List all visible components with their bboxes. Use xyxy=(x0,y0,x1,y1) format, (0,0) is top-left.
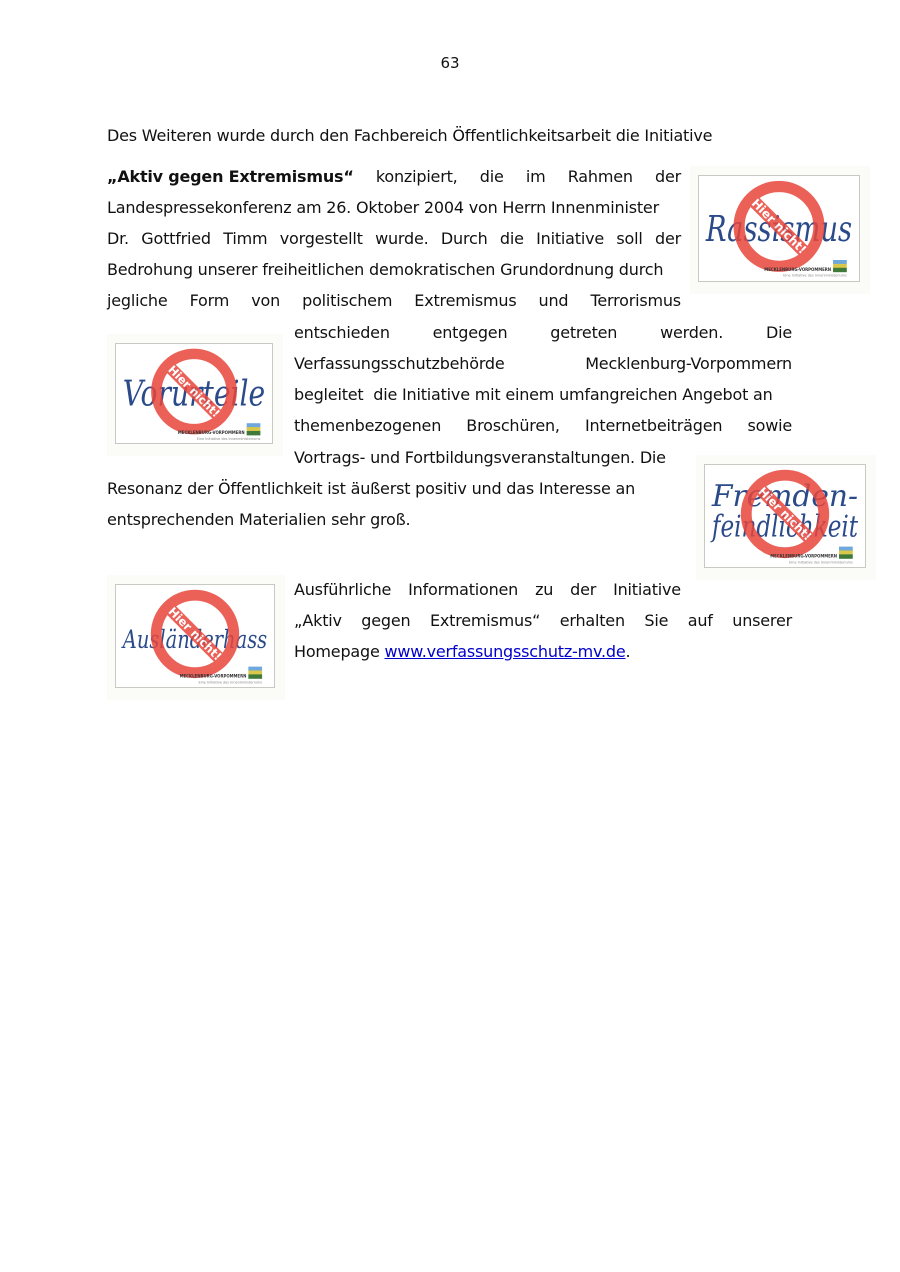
poster-fremdenfeindlichkeit: Fremden-feindlichkeitHier nicht!MECKLENB… xyxy=(696,455,876,580)
mv-logo-icon xyxy=(247,423,261,435)
page-number: 63 xyxy=(0,54,900,72)
poster-frame: VorurteileHier nicht!MECKLENBURG-VORPOMM… xyxy=(115,343,273,444)
svg-text:MECKLENBURG-VORPOMMERN: MECKLENBURG-VORPOMMERN xyxy=(180,673,247,678)
paragraph-line: Vortrags- und Fortbildungsveranstaltunge… xyxy=(294,448,666,468)
paragraph-line: Dr. Gottfried Timm vorgestellt wurde. Du… xyxy=(107,229,681,249)
mv-logo-icon xyxy=(839,547,853,559)
paragraph-line: begleitet die Initiative mit einem umfan… xyxy=(294,385,792,405)
paragraph-line: entschieden entgegen getreten werden. Di… xyxy=(294,323,792,343)
mv-logo-icon xyxy=(248,667,262,679)
poster-frame: AusländerhassHier nicht!MECKLENBURG-VORP… xyxy=(115,584,275,688)
poster-rassismus: RassismusHier nicht!MECKLENBURG-VORPOMME… xyxy=(690,166,870,294)
initiative-title: „Aktiv gegen Extremismus“ xyxy=(107,167,354,187)
poster-frame: RassismusHier nicht!MECKLENBURG-VORPOMME… xyxy=(698,175,860,282)
mv-logo-icon xyxy=(833,260,847,272)
paragraph-line: Resonanz der Öffentlichkeit ist äußerst … xyxy=(107,479,681,499)
paragraph-line: „Aktiv gegen Extremismus“ konzipiert, di… xyxy=(107,167,681,187)
svg-text:Eine Initiative des Innenminis: Eine Initiative des Innenministeriums xyxy=(199,680,263,684)
paragraph-line: entsprechenden Materialien sehr groß. xyxy=(107,510,410,530)
poster-frame: Fremden-feindlichkeitHier nicht!MECKLENB… xyxy=(704,464,866,568)
paragraph-line: Verfassungsschutzbehörde Mecklenburg-Vor… xyxy=(294,354,792,374)
paragraph-line: „Aktiv gegen Extremismus“ erhalten Sie a… xyxy=(294,611,792,631)
paragraph-line: Homepage www.verfassungsschutz-mv.de. xyxy=(294,642,630,662)
paragraph-line: Ausführliche Informationen zu der Initia… xyxy=(294,580,681,600)
svg-text:Eine Initiative des Innenminis: Eine Initiative des Innenministeriums xyxy=(783,274,847,278)
svg-text:MECKLENBURG-VORPOMMERN: MECKLENBURG-VORPOMMERN xyxy=(178,430,245,435)
poster-auslaenderhass: AusländerhassHier nicht!MECKLENBURG-VORP… xyxy=(107,575,285,700)
paragraph-line: Bedrohung unserer freiheitlichen demokra… xyxy=(107,260,681,280)
paragraph-line: jegliche Form von politischem Extremismu… xyxy=(107,291,681,311)
svg-text:MECKLENBURG-VORPOMMERN: MECKLENBURG-VORPOMMERN xyxy=(770,553,837,558)
homepage-link[interactable]: www.verfassungsschutz-mv.de xyxy=(385,642,626,661)
paragraph-line: Des Weiteren wurde durch den Fachbereich… xyxy=(107,126,712,146)
svg-text:MECKLENBURG-VORPOMMERN: MECKLENBURG-VORPOMMERN xyxy=(764,267,831,272)
svg-text:Eine Initiative des Innenminis: Eine Initiative des Innenministeriums xyxy=(197,437,261,441)
svg-text:Eine Initiative des Innenminis: Eine Initiative des Innenministeriums xyxy=(789,560,853,564)
paragraph-line: themenbezogenen Broschüren, Internetbeit… xyxy=(294,416,792,436)
paragraph-line: Landespressekonferenz am 26. Oktober 200… xyxy=(107,198,681,218)
poster-vorurteile: VorurteileHier nicht!MECKLENBURG-VORPOMM… xyxy=(107,334,283,456)
